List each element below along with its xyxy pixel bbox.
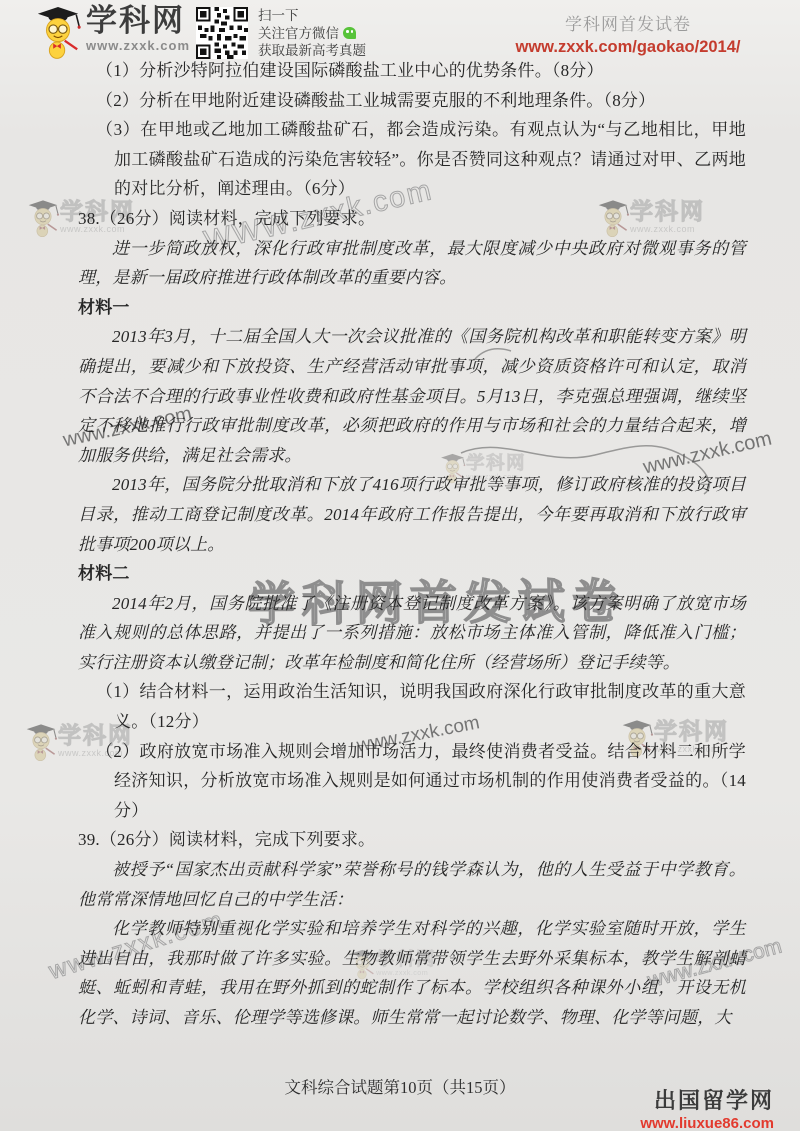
geo-question-2: （2）分析在甲地附近建设磷酸盐工业城需要克服的不利地理条件。（8分）: [78, 86, 746, 116]
liuxue-logo: 出国留学网 www.liuxue86.com: [640, 1084, 774, 1131]
exam-body: （1）分析沙特阿拉伯建设国际磷酸盐工业中心的优势条件。（8分） （2）分析在甲地…: [78, 56, 746, 1033]
issue-title: 学科网首发试卷: [478, 10, 778, 35]
question-39-header: 39.（26分）阅读材料，完成下列要求。: [78, 825, 746, 855]
wechat-icon: [343, 27, 356, 39]
issue-url-link: www.zxxk.com/gaokao/2014/: [478, 38, 778, 57]
brand-url: www.zxxk.com: [86, 38, 190, 53]
material-2-para: 2014年2月，国务院批准了《注册资本登记制度改革方案》。该方案明确了放宽市场准…: [78, 589, 746, 678]
page-header: 学科网 www.zxxk.com: [0, 0, 800, 62]
qr-caption: 扫一下 关注官方微信 获取最新高考真题: [258, 7, 366, 60]
geo-question-3: （3）在甲地或乙地加工磷酸盐矿石，都会造成污染。有观点认为“与乙地相比，甲地加工…: [78, 115, 746, 204]
zxxk-logo: 学科网 www.zxxk.com: [34, 4, 190, 60]
geo-question-1: （1）分析沙特阿拉伯建设国际磷酸盐工业中心的优势条件。（8分）: [78, 56, 746, 86]
qr-caption-line1: 扫一下: [258, 7, 299, 25]
q38-intro: 进一步简政放权，深化行政审批制度改革，最大限度减少中央政府对微观事务的管理，是新…: [78, 234, 746, 293]
liuxue-site-url: www.liuxue86.com: [640, 1115, 774, 1131]
pen-annotation-squiggle: [455, 335, 785, 495]
qr-code-icon: [196, 7, 248, 59]
material-1-label: 材料一: [78, 293, 746, 323]
zxxk-mascot-icon: [34, 4, 82, 60]
exam-paper-page: 学科网 www.zxxk.com: [0, 0, 800, 1131]
liuxue-site-name: 出国留学网: [640, 1084, 774, 1115]
q38-sub-question-1: （1）结合材料一，运用政治生活知识，说明我国政府深化行政审批制度改革的重大意义。…: [78, 677, 746, 736]
q39-intro: 被授予“国家杰出贡献科学家”荣誉称号的钱学森认为，他的人生受益于中学教育。他常常…: [78, 855, 746, 914]
material-2-label: 材料二: [78, 559, 746, 589]
q38-sub-question-2: （2）政府放宽市场准入规则会增加市场活力，最终使消费者受益。结合材料二和所学经济…: [78, 737, 746, 826]
question-38-header: 38.（26分）阅读材料，完成下列要求。: [78, 204, 746, 234]
brand-name: 学科网: [86, 4, 190, 38]
q39-memoir-para: 化学教师特别重视化学实验和培养学生对科学的兴趣，化学实验室随时开放，学生进出自由…: [78, 914, 746, 1032]
qr-caption-line2: 关注官方微信: [258, 25, 339, 43]
